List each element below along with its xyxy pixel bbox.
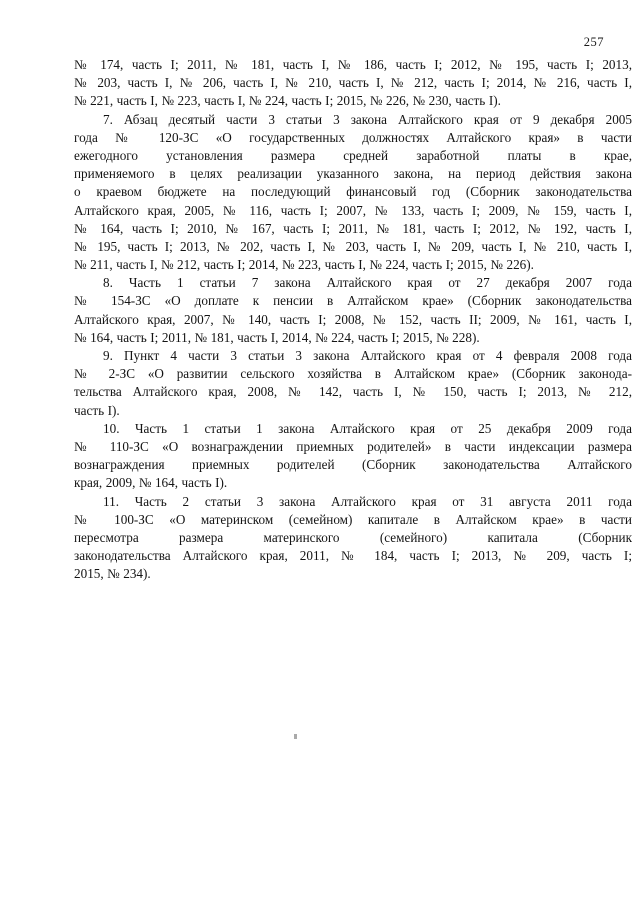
text-line: года № 120-ЗС «О государственных должнос…: [74, 129, 632, 147]
paragraph: № 174, часть I; 2011, № 181, часть I, № …: [74, 56, 632, 111]
text-line: № 211, часть I, № 212, часть I; 2014, № …: [74, 256, 632, 274]
document-body: № 174, часть I; 2011, № 181, часть I, № …: [74, 56, 632, 583]
text-line: законодательства Алтайского края, 2011, …: [74, 547, 632, 565]
text-line: тельства Алтайского края, 2008, № 142, ч…: [74, 383, 632, 401]
text-line: 2015, № 234).: [74, 565, 632, 583]
paragraph: 11. Часть 2 статьи 3 закона Алтайского к…: [74, 493, 632, 584]
text-line: № 100-ЗС «О материнском (семейном) капит…: [74, 511, 632, 529]
text-line: № 203, часть I, № 206, часть I, № 210, ч…: [74, 74, 632, 92]
paragraph: 7. Абзац десятый части 3 статьи 3 закона…: [74, 111, 632, 275]
paragraph: 9. Пункт 4 части 3 статьи 3 закона Алтай…: [74, 347, 632, 420]
document-page: 257 № 174, часть I; 2011, № 181, часть I…: [0, 0, 640, 905]
paragraph: 8. Часть 1 статьи 7 закона Алтайского кр…: [74, 274, 632, 347]
text-line: 11. Часть 2 статьи 3 закона Алтайского к…: [74, 493, 632, 511]
text-line: вознаграждения приемных родителей (Сборн…: [74, 456, 632, 474]
paragraph: 10. Часть 1 статьи 1 закона Алтайского к…: [74, 420, 632, 493]
text-line: № 174, часть I; 2011, № 181, часть I, № …: [74, 56, 632, 74]
text-line: № 110-ЗС «О вознаграждении приемных роди…: [74, 438, 632, 456]
text-line: 7. Абзац десятый части 3 статьи 3 закона…: [74, 111, 632, 129]
page-number: 257: [584, 35, 604, 50]
text-line: № 164, часть I; 2010, № 167, часть I; 20…: [74, 220, 632, 238]
text-line: о краевом бюджете на последующий финансо…: [74, 183, 632, 201]
text-line: № 221, часть I, № 223, часть I, № 224, ч…: [74, 92, 632, 110]
text-line: № 154-ЗС «О доплате к пенсии в Алтайском…: [74, 292, 632, 310]
text-line: часть I).: [74, 402, 632, 420]
text-line: ежегодного установления размера средней …: [74, 147, 632, 165]
text-line: № 195, часть I; 2013, № 202, часть I, № …: [74, 238, 632, 256]
text-line: применяемого в целях реализации указанно…: [74, 165, 632, 183]
text-line: 9. Пункт 4 части 3 статьи 3 закона Алтай…: [74, 347, 632, 365]
text-line: № 164, часть I; 2011, № 181, часть I, 20…: [74, 329, 632, 347]
text-line: 10. Часть 1 статьи 1 закона Алтайского к…: [74, 420, 632, 438]
text-line: № 2-ЗС «О развитии сельского хозяйства в…: [74, 365, 632, 383]
text-line: 8. Часть 1 статьи 7 закона Алтайского кр…: [74, 274, 632, 292]
scan-artifact: [294, 734, 297, 739]
text-line: Алтайского края, 2007, № 140, часть I; 2…: [74, 311, 632, 329]
text-line: края, 2009, № 164, часть I).: [74, 474, 632, 492]
text-line: пересмотра размера материнского (семейно…: [74, 529, 632, 547]
text-line: Алтайского края, 2005, № 116, часть I; 2…: [74, 202, 632, 220]
